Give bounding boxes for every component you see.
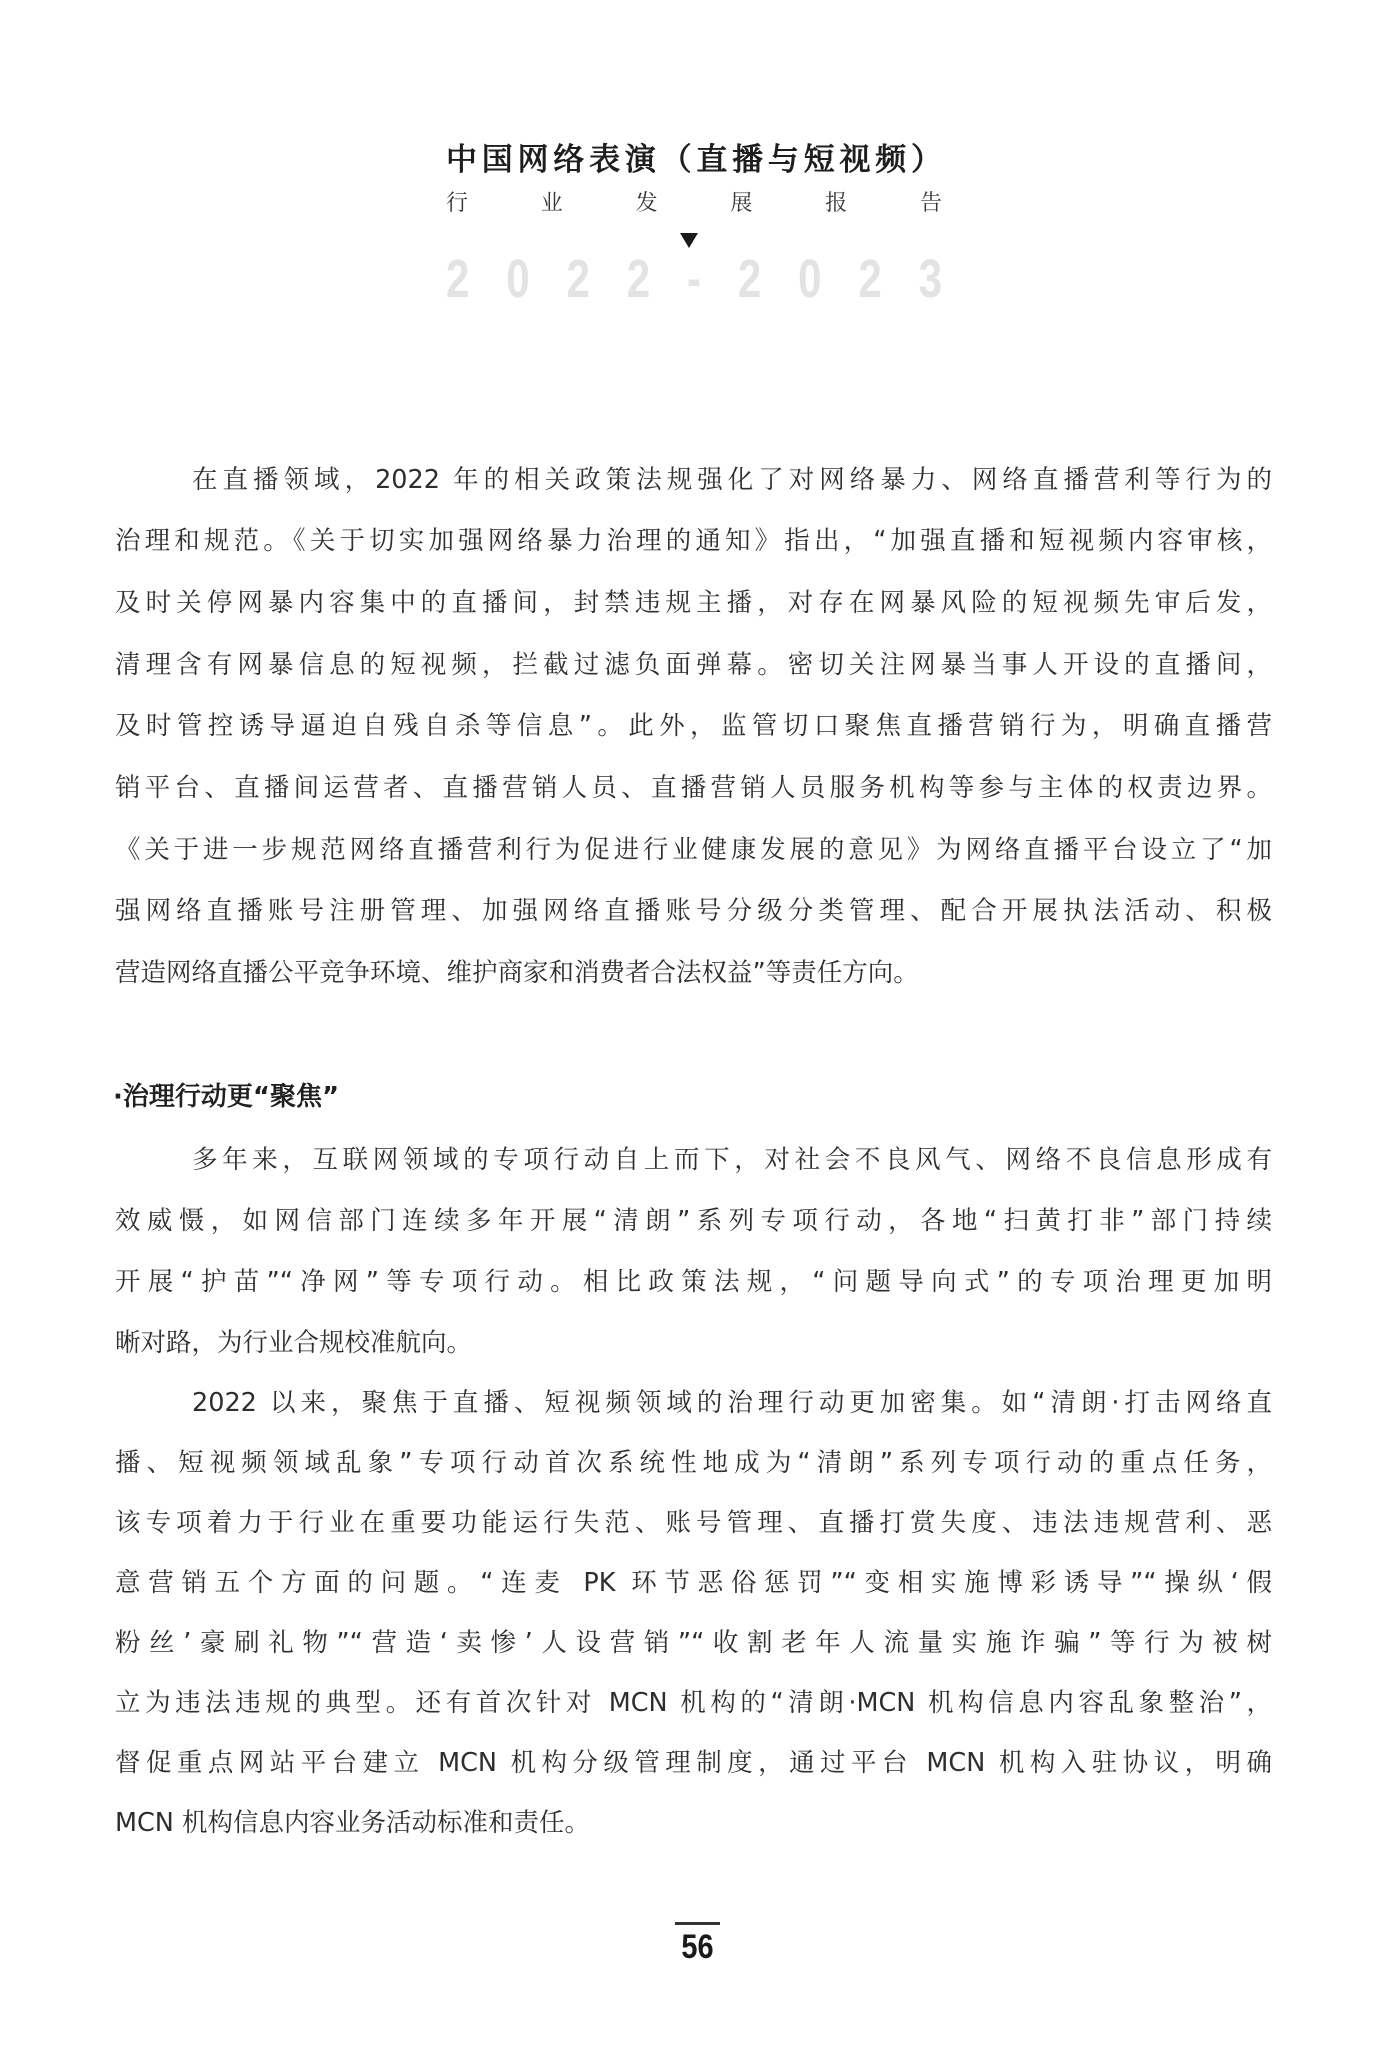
year-char: 2 [738, 252, 761, 306]
page-number-rule [675, 1922, 720, 1925]
text-line: 强网络直播账号注册管理、加强网络直播账号分级分类管理、配合开展执法活动、积极 [115, 891, 1272, 931]
text-line: 多年来，互联网领域的专项行动自上而下，对社会不良风气、网络不良信息形成有 [192, 1140, 1272, 1180]
subtitle-char: 行 [446, 190, 468, 218]
subtitle-char: 报 [825, 190, 847, 218]
text-line: 2022 以来，聚焦于直播、短视频领域的治理行动更加密集。如“清朗·打击网络直 [192, 1383, 1272, 1423]
text-line: 该专项着力于行业在重要功能运行失范、账号管理、直播打赏失度、违法违规营利、恶 [115, 1503, 1272, 1543]
report-title: 中国网络表演（直播与短视频） [446, 138, 942, 182]
text-line: 清理含有网暴信息的短视频，拦截过滤负面弹幕。密切关注网暴当事人开设的直播间， [115, 645, 1272, 685]
text-line: 立为违法违规的典型。还有首次针对 MCN 机构的“清朗·MCN 机构信息内容乱象… [115, 1683, 1272, 1723]
triangle-down-icon [680, 233, 698, 248]
subtitle-char: 告 [920, 190, 942, 218]
text-line: 在直播领域，2022 年的相关政策法规强化了对网络暴力、网络直播营利等行为的 [192, 460, 1272, 500]
subtitle-char: 发 [636, 190, 658, 218]
text-line: 督促重点网站平台建立 MCN 机构分级管理制度，通过平台 MCN 机构入驻协议，… [115, 1743, 1272, 1783]
year-char: 0 [506, 252, 529, 306]
text-line: 及时关停网暴内容集中的直播间，封禁违规主播，对存在网暴风险的短视频先审后发， [115, 583, 1272, 623]
text-line: 销平台、直播间运营者、直播营销人员、直播营销人员服务机构等参与主体的权责边界。 [115, 768, 1272, 808]
subtitle-char: 业 [541, 190, 563, 218]
text-line: 《关于进一步规范网络直播营利行为促进行业健康发展的意见》为网络直播平台设立了“加 [115, 830, 1272, 870]
text-line: 效威慑，如网信部门连续多年开展“清朗”系列专项行动，各地“扫黄打非”部门持续 [115, 1201, 1272, 1241]
text-line: MCN 机构信息内容业务活动标准和责任。 [115, 1803, 1272, 1843]
year-char: 3 [919, 252, 942, 306]
year-char: 2 [446, 252, 469, 306]
text-line: 粉丝’豪刷礼物”“营造‘卖惨’人设营销”“收割老年人流量实施诈骗”等行为被树 [115, 1623, 1272, 1663]
year-char: 2 [567, 252, 590, 306]
year-char: - [687, 252, 701, 306]
text-line: 意营销五个方面的问题。“连麦 PK 环节恶俗惩罚”“变相实施博彩诱导”“操纵‘假 [115, 1563, 1272, 1603]
text-line: 晰对路，为行业合规校准航向。 [115, 1323, 1272, 1363]
subtitle-char: 展 [730, 190, 752, 218]
text-line: 及时管控诱导逼迫自残自杀等信息”。此外，监管切口聚焦直播营销行为，明确直播营 [115, 706, 1272, 746]
report-year-range: 2 0 2 2 - 2 0 2 3 [446, 252, 942, 306]
report-subtitle: 行 业 发 展 报 告 [446, 190, 942, 218]
year-char: 2 [858, 252, 881, 306]
text-line: 播、短视频领域乱象”专项行动首次系统性地成为“清朗”系列专项行动的重点任务， [115, 1443, 1272, 1483]
year-char: 0 [798, 252, 821, 306]
text-line: 营造网络直播公平竞争环境、维护商家和消费者合法权益”等责任方向。 [115, 953, 1272, 993]
page-number: 56 [666, 1928, 730, 1967]
text-line: 治理和规范。《关于切实加强网络暴力治理的通知》指出，“加强直播和短视频内容审核， [115, 521, 1272, 561]
year-char: 2 [627, 252, 650, 306]
text-line: 开展“护苗”“净网”等专项行动。相比政策法规，“问题导向式”的专项治理更加明 [115, 1262, 1272, 1302]
section-heading: ·治理行动更“聚焦” [113, 1077, 339, 1117]
report-header: 中国网络表演（直播与短视频） 行 业 发 展 报 告 2 0 2 2 - 2 0… [446, 138, 942, 218]
